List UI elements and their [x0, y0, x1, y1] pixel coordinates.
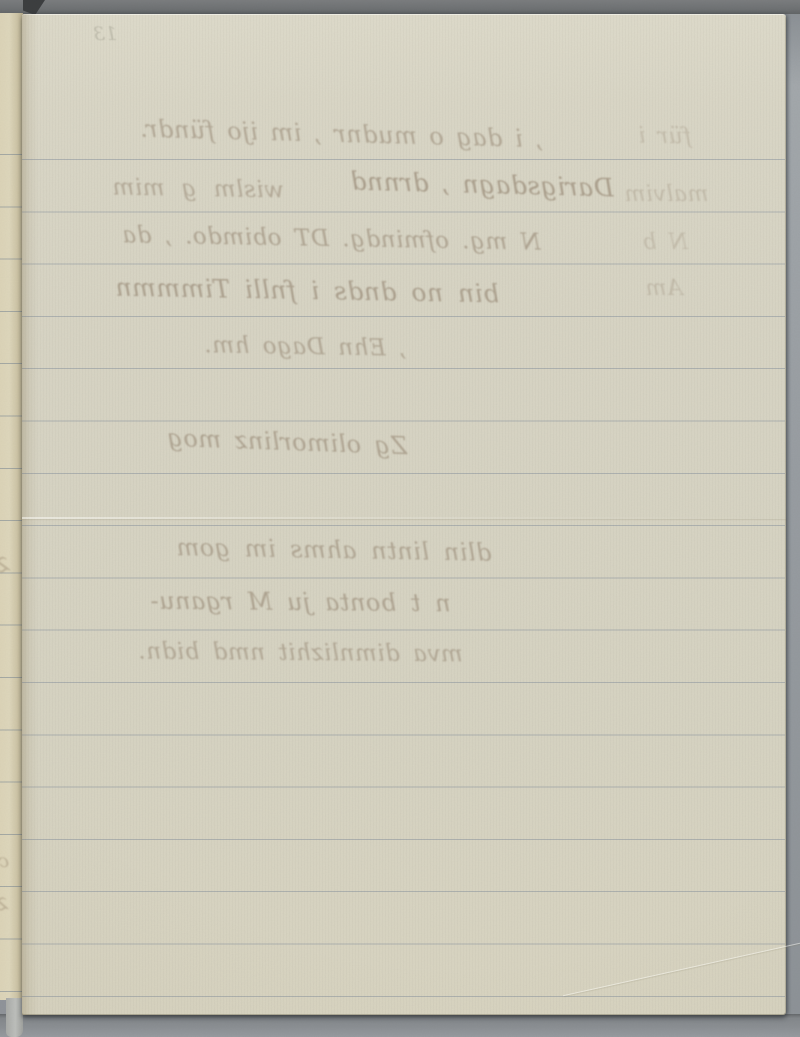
underlying-page-edge: zcz: [0, 13, 23, 1000]
handwriting-bleed-line: für i: [638, 124, 692, 150]
horizontal-fold-crease: [22, 517, 786, 519]
ruled-lines-underlying: [0, 154, 23, 1000]
ruled-lines: [22, 159, 785, 1011]
page-number-bleed: 13: [93, 23, 117, 45]
page-block-edge: [6, 998, 23, 1037]
backdrop-bottom-band: [0, 1014, 800, 1037]
handwriting-bleed-line: , i dag o mudnr , im ijo fündr.: [140, 115, 544, 154]
notebook-page: 13 , i dag o mudnr , im ijo fündr.für iw…: [22, 14, 786, 1015]
scan-backdrop: zcz 13 , i dag o mudnr , im ijo fündr.fü…: [0, 0, 800, 1037]
